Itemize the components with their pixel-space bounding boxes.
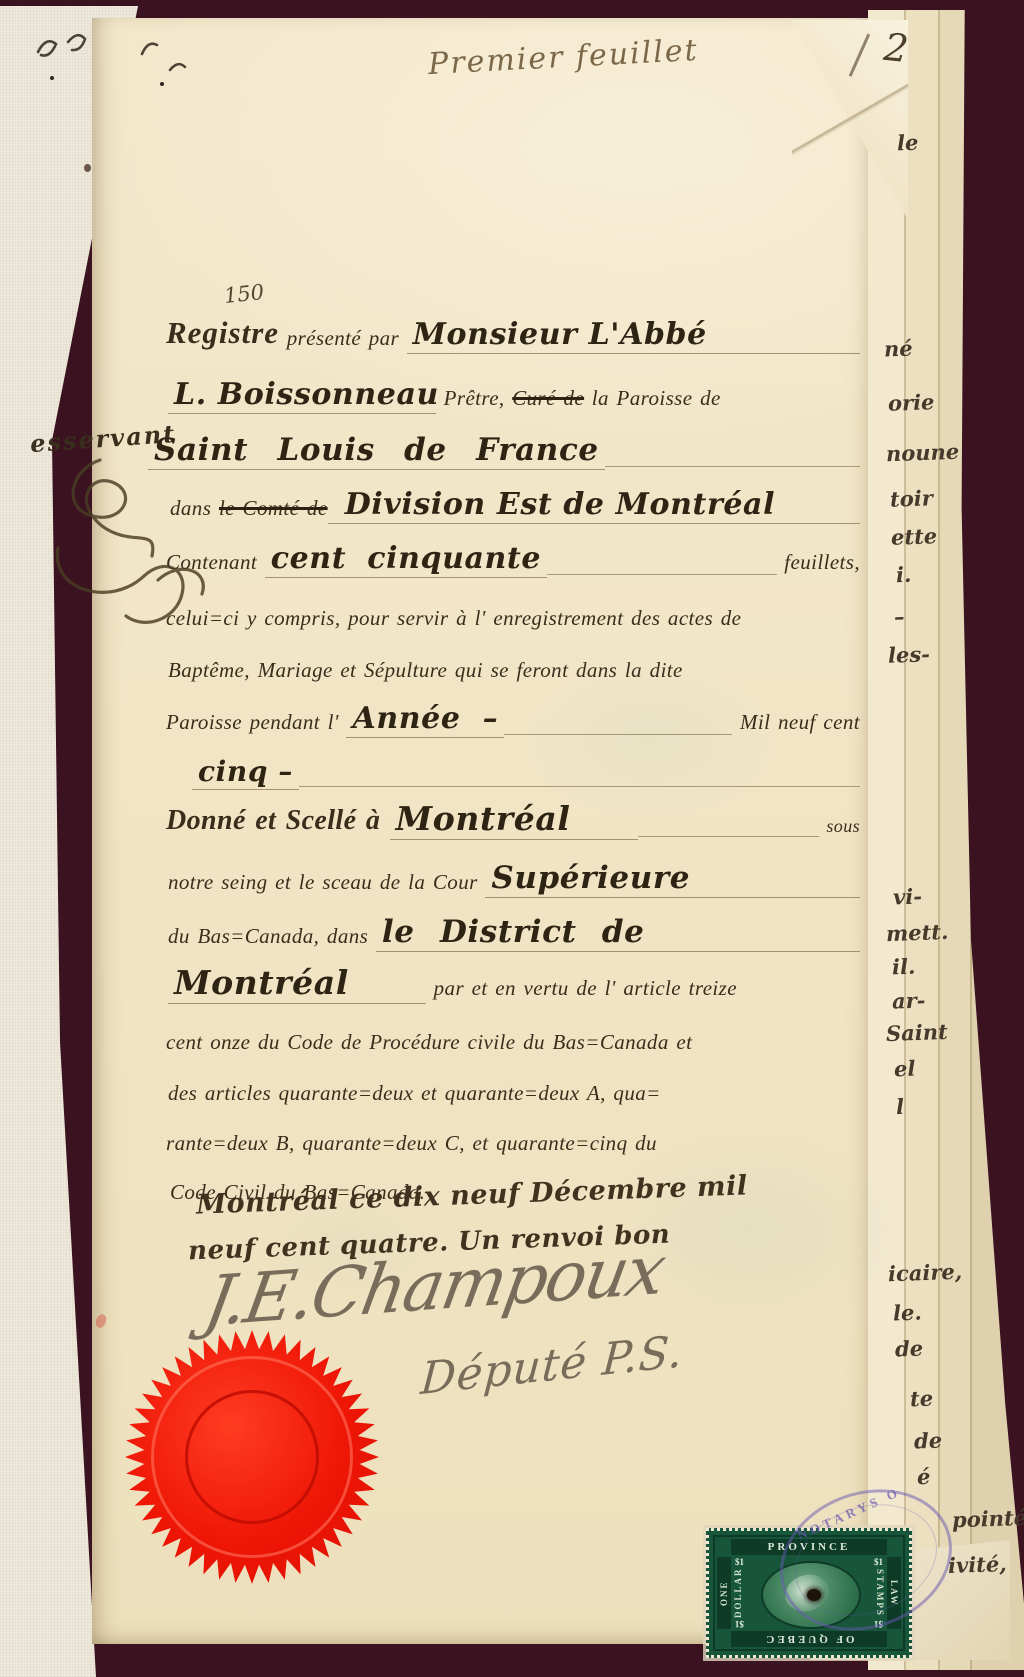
fill-in-rule <box>638 835 820 837</box>
printed-form-text: des articles quarante=deux et quarante=d… <box>168 1081 661 1109</box>
form-line: des articles quarante=deux et quarante=d… <box>168 1061 860 1109</box>
edge-text-fragment: el <box>894 1056 916 1082</box>
handwritten-entry: Montréal <box>168 963 426 1004</box>
handwritten-entry: cinq – <box>192 755 299 790</box>
page-number: 2 <box>882 25 911 71</box>
page-stack-edges <box>868 10 1024 1670</box>
fill-in-rule <box>605 465 860 467</box>
ink-scribble-marks <box>20 18 210 108</box>
printed-form-text: Registre <box>166 315 279 354</box>
edge-text-fragment: icaire, <box>888 1259 963 1287</box>
form-line: Registre présenté par Monsieur L'Abbé <box>166 306 860 354</box>
edge-text-fragment: i. <box>896 562 912 588</box>
stamp-text-one-dollar: ONE DOLLAR <box>717 1557 731 1629</box>
printed-form-text: Donné et Scellé à <box>166 805 390 840</box>
edge-text-fragment: ivité, <box>948 1551 1007 1578</box>
form-line: Contenant cent cinquante feuillets, <box>166 530 860 578</box>
stamp-denomination: $1 <box>735 1619 744 1629</box>
edge-text-fragment: les- <box>888 641 931 667</box>
scanned-register-document: Premier feuillet 2 150 esservant Registr… <box>0 0 1024 1677</box>
handwritten-entry: cent cinquante <box>265 541 547 578</box>
marginal-initials-flourish <box>40 430 250 650</box>
edge-text-fragment: né <box>884 336 913 362</box>
edge-text-fragment: l <box>896 1094 905 1119</box>
edge-text-fragment: le. <box>893 1300 923 1326</box>
printed-form-text: Mil neuf cent <box>732 710 860 738</box>
fill-in-rule <box>504 733 732 735</box>
handwritten-entry: Division Est de Montréal <box>328 487 860 524</box>
form-line: L. Boissonneau Prêtre, Curé de la Parois… <box>168 366 860 414</box>
printed-form-text: feuillets, <box>777 550 860 578</box>
edge-text-fragment: – <box>894 604 905 629</box>
fill-in-rule <box>547 573 777 575</box>
form-line: Donné et Scellé à Montréal sous <box>166 792 860 840</box>
form-line: Paroisse pendant l' Année – Mil neuf cen… <box>166 690 860 738</box>
stamp-denomination: $1 <box>735 1557 744 1567</box>
ink-speck <box>84 164 91 172</box>
red-notarial-seal <box>125 1330 379 1584</box>
printed-form-text: présenté par <box>279 326 407 354</box>
folio-count-note: 150 <box>223 280 265 308</box>
edge-text-fragment: noune <box>886 439 960 467</box>
printed-form-text: celui=ci y compris, pour servir à l' enr… <box>166 606 741 634</box>
edge-text-fragment: ar- <box>892 987 926 1013</box>
edge-text-fragment: orie <box>888 389 935 416</box>
stamp-text-of-quebec: OF QUEBEC <box>731 1631 887 1647</box>
form-line: Montréal par et en vertu de l' article t… <box>168 956 860 1004</box>
fill-in-rule <box>299 785 860 787</box>
edge-text-fragment: toir <box>890 485 934 511</box>
printed-form-text: la Paroisse de <box>584 386 721 414</box>
edge-text-fragment: pointé, <box>952 1505 1024 1533</box>
printed-form-text: Paroisse pendant l' <box>166 710 346 738</box>
printed-form-text: Baptême, Mariage et Sépulture qui se fer… <box>168 658 683 686</box>
printed-form-text: du Bas=Canada, dans <box>168 924 376 952</box>
handwritten-entry: Année – <box>346 701 504 738</box>
struck-printed-text: Curé de <box>512 386 584 414</box>
form-line: notre seing et le sceau de la Cour Supér… <box>168 850 860 898</box>
edge-text-fragment: de <box>914 1428 943 1454</box>
handwritten-entry: le District de <box>376 914 860 952</box>
form-line: Saint Louis de France <box>148 422 860 470</box>
printed-form-text: rante=deux B, quarante=deux C, et quaran… <box>166 1131 657 1159</box>
form-line: dans le Comté de Division Est de Montréa… <box>170 476 860 524</box>
handwritten-entry: Supérieure <box>485 860 860 898</box>
form-line: du Bas=Canada, dans le District de <box>168 904 860 952</box>
printed-form-text: par et en vertu de l' article treize <box>426 976 737 1004</box>
edge-text-fragment: mett. <box>886 919 949 946</box>
printed-form-text: cent onze du Code de Procédure civile du… <box>166 1030 692 1058</box>
edge-text-fragment: il. <box>892 954 916 980</box>
edge-text-fragment: vi- <box>893 884 923 910</box>
form-line: cent onze du Code de Procédure civile du… <box>166 1010 860 1058</box>
form-line: rante=deux B, quarante=deux C, et quaran… <box>166 1111 860 1159</box>
handwritten-entry: Montréal <box>390 799 638 840</box>
edge-text-fragment: de <box>895 1336 924 1362</box>
edge-text-fragment: Saint <box>886 1019 949 1046</box>
form-line: cinq – <box>192 742 860 790</box>
edge-text-fragment: le <box>897 130 919 156</box>
printed-form-text: notre seing et le sceau de la Cour <box>168 870 485 898</box>
form-line: celui=ci y compris, pour servir à l' enr… <box>166 586 860 634</box>
printed-form-text: Prêtre, <box>436 386 512 414</box>
edge-text-fragment: ette <box>891 523 938 550</box>
printed-form-text: sous <box>819 816 860 840</box>
seal-embossed-ring <box>185 1390 319 1524</box>
form-line: Baptême, Mariage et Sépulture qui se fer… <box>168 638 860 686</box>
handwritten-entry: L. Boissonneau <box>168 377 436 414</box>
handwritten-entry: Monsieur L'Abbé <box>407 317 860 354</box>
edge-text-fragment: te <box>910 1386 934 1412</box>
